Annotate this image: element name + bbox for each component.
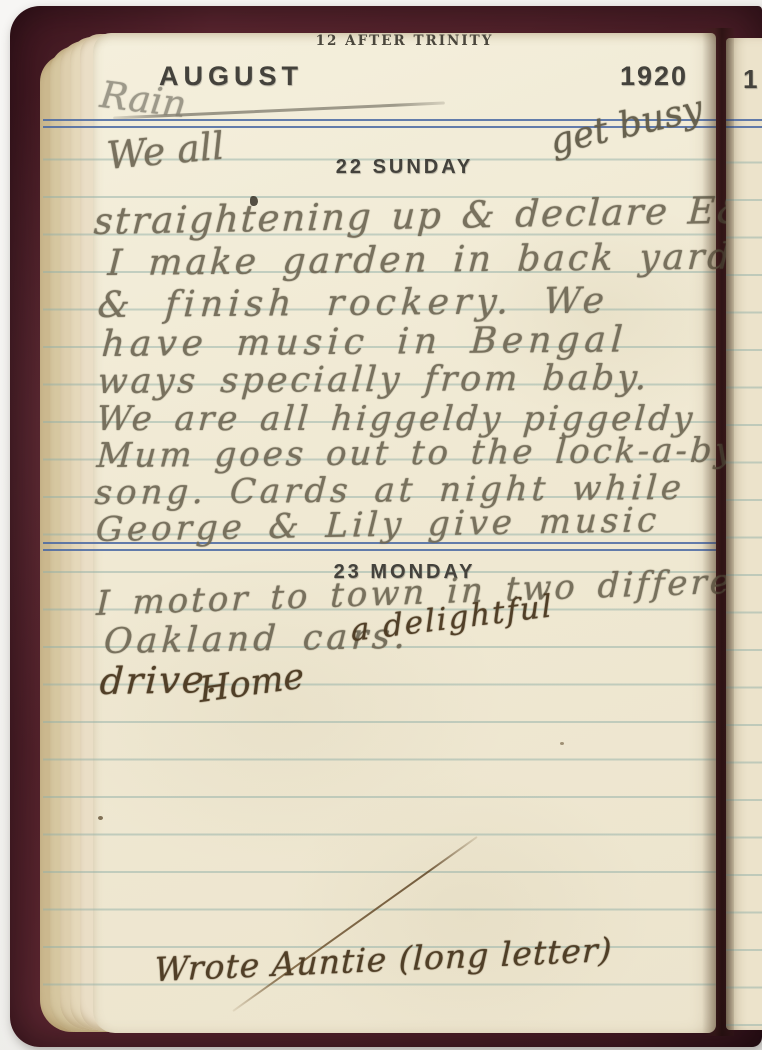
diary-right-page: 1: [726, 38, 762, 1030]
handwritten-line: George & Lily give music: [95, 500, 661, 550]
footer-note: Wrote Auntie (long letter): [154, 930, 613, 989]
handwritten-line: I make garden in back yard: [107, 236, 735, 284]
handwritten-line: ways specially from baby.: [96, 358, 650, 402]
diary-left-page: AUGUST 1920 Rain 22 SUNDAY 12 AFTER TRIN…: [93, 33, 716, 1033]
year-label: 1920: [620, 61, 688, 92]
top-margin-double-line: [726, 119, 762, 128]
photo-background: AUGUST 1920 Rain 22 SUNDAY 12 AFTER TRIN…: [0, 0, 762, 1050]
sunday-trinity-subheading: 12 AFTER TRINITY: [93, 33, 716, 49]
ruled-lines: [726, 126, 762, 1026]
ink-slash-line: [232, 836, 477, 1012]
ink-blot: [250, 196, 258, 206]
handwritten-phrase-get-busy: get busy: [546, 88, 707, 163]
ink-speck: [560, 742, 564, 745]
ink-speck: [98, 816, 103, 820]
facing-page-year-fragment: 1: [743, 64, 757, 95]
handwritten-line: & finish rockery. We: [96, 281, 610, 326]
handwritten-line: straightening up & declare E&E: [93, 188, 762, 243]
weather-note: Rain: [98, 73, 189, 126]
